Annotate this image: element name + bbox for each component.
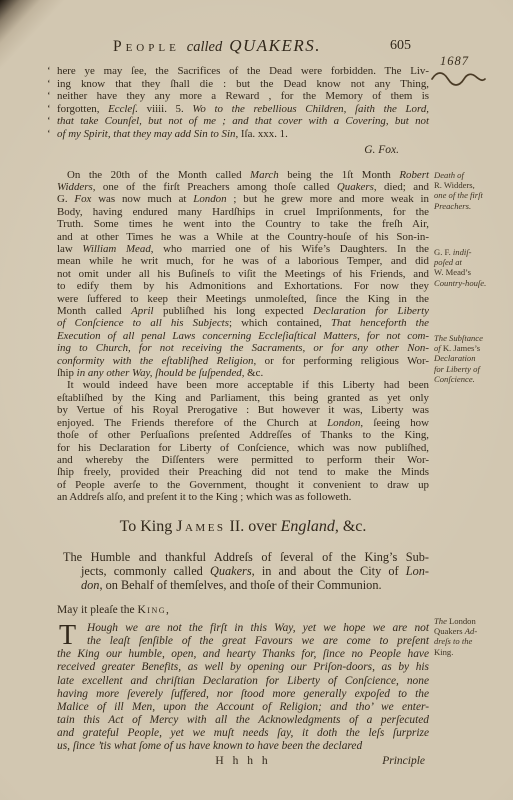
text-segment: London: [327, 417, 360, 429]
text-segment: one of the firſt Preachers among thoſe c…: [95, 181, 336, 193]
text-line: jects, commonly called Quakers, in and a…: [57, 564, 429, 578]
text-segment: The Humble and thankful Addreſs of ſever…: [63, 550, 429, 564]
text-segment: ,: [166, 604, 169, 616]
text-segment: in any other Way, ſhould be ſuſpended,: [77, 367, 245, 379]
text-segment: That henceforth the: [331, 317, 429, 329]
text-segment: On the 20th of the Month called: [67, 169, 250, 181]
text-segment: March: [250, 169, 279, 181]
text-segment: ; which contained,: [229, 317, 331, 329]
text-segment: eſtabliſhed by the King and Parliament, …: [57, 392, 429, 404]
text-segment: It would indeed have been more acceptabl…: [67, 379, 429, 391]
text-segment: Hough we are not the firſt in this Way, …: [87, 622, 429, 634]
text-segment: of my Spirit, that they may add Sin to S…: [57, 128, 241, 140]
text-segment: that take Counſel, but not of me ; and t…: [57, 115, 429, 127]
text-segment: ſhip: [57, 367, 77, 379]
text-segment: Body, having endured many Hardſhips in c…: [57, 206, 429, 218]
text-segment: Month called: [57, 305, 131, 317]
text-segment: law: [57, 243, 82, 255]
year-text: 1687: [440, 54, 469, 68]
text-segment: Iſa. xxx. 1.: [241, 128, 288, 140]
text-line: to edify them by his Admonitions and Exh…: [57, 280, 429, 292]
text-line: ‘neither have they any more a Reward , f…: [57, 90, 429, 103]
text-segment: &c.: [244, 367, 263, 379]
opening-quotation: ‘here ye may ſee, the Sacrifices of the …: [57, 65, 429, 141]
text-line: mean while he writ much, for he was of a…: [57, 255, 429, 267]
text-line: conformity with the eſtabliſhed Religion…: [57, 355, 429, 367]
text-segment: us, ſince ’tis what ſome of us have know…: [57, 740, 362, 752]
text-segment: the leaſt ſenſible of the great Favours …: [87, 635, 429, 647]
text-line: late excellent and chriſtian Declaration…: [57, 675, 429, 688]
address-body: T Hough we are not the firſt in this Way…: [57, 622, 429, 753]
text-segment: Country-houſe.: [434, 278, 486, 288]
text-line: of People averſe to the Government, thou…: [57, 479, 429, 491]
text-segment: don: [81, 578, 99, 592]
title-word-quakers: QUAKERS.: [229, 36, 321, 55]
text-line: law William Mead, who married one of his…: [57, 243, 429, 255]
text-line: ſhip freely, provided their Preaching di…: [57, 466, 429, 478]
text-segment: publiſhed his long expected: [154, 305, 314, 317]
text-segment: thoſe of other Perſuaſions preſented Add…: [57, 429, 429, 441]
text-segment: Robert: [399, 169, 429, 181]
text-segment: tain this Act of Mercy with all the Ackn…: [57, 714, 429, 726]
text-line: ‘here ye may ſee, the Sacrifices of the …: [57, 65, 429, 78]
page-footer: H h h h Principle: [57, 755, 429, 767]
text-segment: Widders,: [57, 181, 95, 193]
text-line: having more ſeverely ſuffered, nor ſtood…: [57, 688, 429, 701]
text-segment: and whereby the Diſſenters were permitte…: [57, 454, 429, 466]
text-segment: jects, commonly called: [81, 564, 210, 578]
text-segment: William Mead: [82, 243, 150, 255]
text-line: ‘that take Counſel, but not of me ; and …: [57, 115, 429, 128]
text-segment: of People averſe to the Government, thou…: [57, 479, 429, 491]
text-line: of Conſcience to all his Subjects; which…: [57, 317, 429, 329]
text-line: tain this Act of Mercy with all the Ackn…: [57, 714, 429, 727]
text-segment: King.: [434, 647, 453, 657]
text-segment: King: [137, 604, 166, 616]
text-segment: April: [131, 305, 153, 317]
quote-attribution: G. Fox.: [57, 144, 429, 156]
text-line: the King our humble, open, and hearty Th…: [57, 648, 429, 661]
text-line: the leaſt ſenſible of the great Favours …: [57, 635, 429, 648]
text-line: It would indeed have been more acceptabl…: [57, 379, 429, 391]
title-word-called: called: [187, 39, 222, 55]
text-line: for his Declaration for Liberty of Conſc…: [57, 442, 429, 454]
text-line: Month called April publiſhed his long ex…: [57, 305, 429, 317]
text-segment: , or for performing religious Wor-: [254, 355, 430, 367]
title-word-people: People: [113, 38, 180, 55]
text-segment: ; but he grew more and more weak in: [227, 193, 429, 205]
text-segment: by Vertue of his Royal Prerogative : But…: [57, 404, 429, 416]
page-number: 605: [390, 38, 411, 54]
margin-note: The London Quakers Ad- dreſs to the King…: [434, 616, 508, 657]
text-line: thoſe of other Perſuaſions preſented Add…: [57, 429, 429, 441]
text-line: enjoyed. The Friends therefore of the Ch…: [57, 417, 429, 429]
text-segment: to edify them by his Admonitions and Exh…: [57, 280, 429, 292]
paragraph-liberty-enjoyed: It would indeed have been more acceptabl…: [57, 379, 429, 503]
text-segment: Truth. Some times he went into the Count…: [57, 218, 429, 230]
text-line: The Humble and thankful Addreſs of ſever…: [57, 550, 429, 564]
text-segment: and grateful People, yet we muſt needs ſ…: [57, 727, 429, 739]
catchword: Principle: [382, 755, 425, 767]
text-segment: was now much at: [91, 193, 193, 205]
text-segment: , in and about the City of: [252, 564, 406, 578]
text-segment: Fox: [74, 193, 91, 205]
text-segment: , &c.: [335, 518, 367, 535]
salutation: May it pleaſe the King,: [57, 604, 429, 616]
text-segment: Death of: [434, 170, 464, 180]
text-segment: received greater Benefits, as well by op…: [57, 661, 429, 673]
text-segment: not omit under all his Buſineſs to viſit…: [57, 268, 429, 280]
text-line: an Addreſs alſo, and preſent it to the K…: [57, 491, 429, 503]
text-line: Truth. Some times he went into the Count…: [57, 218, 429, 230]
text-segment: were ſuffered to keep their Meetings unm…: [57, 293, 429, 305]
margin-note: The Subſtance of K. James’s Declaration …: [434, 333, 508, 384]
text-line: Body, having endured many Hardſhips in c…: [57, 206, 429, 218]
text-segment: R. Widders,: [434, 180, 475, 190]
text-line: ſhip in any other Way, ſhould be ſuſpend…: [57, 367, 429, 379]
text-segment: viiii. 5.: [138, 103, 192, 115]
text-segment: one of the firſt Preachers.: [434, 190, 483, 210]
text-line: Execution of all penal Laws concerning E…: [57, 330, 429, 342]
text-segment: , who married one of his Wife’s Daughter…: [151, 243, 429, 255]
text-segment: Execution of all penal Laws concerning E…: [57, 330, 429, 342]
text-line: don, on Behalf of themſelves, and thoſe …: [57, 578, 429, 592]
text-segment: conformity with the eſtabliſhed Religion: [57, 355, 254, 367]
text-segment: Lon-: [406, 564, 429, 578]
text-segment: late excellent and chriſtian Declaration…: [57, 675, 429, 687]
text-segment: and at other Times he was a While at the…: [57, 231, 429, 243]
text-segment: Declaration for Liberty: [313, 305, 429, 317]
paragraph-fox-and-declaration: On the 20th of the Month called March be…: [57, 169, 429, 380]
text-line: and grateful People, yet we muſt needs ſ…: [57, 727, 429, 740]
text-segment: having more ſeverely ſuffered, nor ſtood…: [57, 688, 429, 700]
margin-year: 1687: [440, 54, 469, 69]
text-segment: Wo to the rebellious Children, ſaith the…: [192, 103, 429, 115]
text-line: by Vertue of his Royal Prerogative : But…: [57, 404, 429, 416]
text-line: ‘of my Spirit, that they may add Sin to …: [57, 128, 429, 141]
text-line: Malice of ill Men, upon the Account of R…: [57, 701, 429, 714]
text-segment: II. over: [226, 518, 281, 535]
quote-mark: ‘: [47, 78, 51, 91]
text-line: not omit under all his Buſineſs to viſit…: [57, 268, 429, 280]
margin-note: Death of R. Widders, one of the firſt Pr…: [434, 170, 508, 211]
text-segment: for his Declaration for Liberty of Conſc…: [57, 442, 429, 454]
running-header: People called QUAKERS. 605: [57, 36, 429, 58]
text-segment: James: [176, 518, 225, 535]
text-column: People called QUAKERS. 605 ‘here ye may …: [57, 36, 429, 767]
text-segment: of Conſcience to all his Subjects: [57, 317, 229, 329]
text-segment: ing know that they ſhall die : but the D…: [57, 78, 429, 90]
text-segment: G. F.: [434, 247, 453, 257]
text-line: ‘forgotten, Eccleſ. viiii. 5. Wo to the …: [57, 103, 429, 116]
text-segment: , ſeeing how: [360, 417, 429, 429]
text-line: On the 20th of the Month called March be…: [57, 169, 429, 181]
text-line: ing to Church, for not receiving the Sac…: [57, 342, 429, 354]
text-line: were ſuffered to keep their Meetings unm…: [57, 293, 429, 305]
text-segment: Quakers: [337, 181, 374, 193]
year-flourish: [430, 69, 488, 87]
text-segment: forgotten,: [57, 103, 108, 115]
text-line: G. Fox was now much at London ; but he g…: [57, 193, 429, 205]
text-segment: May it pleaſe the: [57, 604, 137, 616]
text-line: us, ſince ’tis what ſome of us have know…: [57, 740, 429, 753]
text-segment: Malice of ill Men, upon the Account of R…: [57, 701, 429, 713]
page-title: People called QUAKERS.: [31, 36, 403, 56]
text-segment: G.: [57, 193, 74, 205]
text-segment: an Addreſs alſo, and preſent it to the K…: [57, 491, 351, 503]
text-segment: W. Mead’s: [434, 267, 471, 277]
address-intro: The Humble and thankful Addreſs of ſever…: [57, 550, 429, 593]
quote-mark: ‘: [47, 128, 51, 141]
text-segment: Eccleſ.: [108, 103, 138, 115]
text-segment: mean while he writ much, for he was of a…: [57, 255, 429, 267]
text-segment: , died; and: [374, 181, 429, 193]
text-line: Hough we are not the firſt in this Way, …: [57, 622, 429, 635]
quote-mark: ‘: [47, 65, 51, 78]
text-segment: England: [281, 518, 335, 535]
margin-note: G. F. indiſ- poſed at W. Mead’s Country-…: [434, 247, 508, 288]
quote-mark: ‘: [47, 90, 51, 103]
text-segment: enjoyed. The Friends therefore of the Ch…: [57, 417, 327, 429]
address-heading: To King James II. over England, &c.: [57, 518, 429, 538]
text-segment: Quakers: [210, 564, 252, 578]
text-segment: being the 1ſt Month: [279, 169, 400, 181]
text-segment: Declaration for Liberty of Conſcience.: [434, 353, 480, 383]
book-page: 1687 People called QUAKERS. 605 ‘here ye…: [0, 0, 513, 800]
text-line: eſtabliſhed by the King and Parliament, …: [57, 392, 429, 404]
text-line: Widders, one of the firſt Preachers amon…: [57, 181, 429, 193]
text-segment: , on Behalf of themſelves, and thoſe of …: [99, 578, 381, 592]
text-line: and at other Times he was a While at the…: [57, 231, 429, 243]
text-segment: The: [434, 616, 449, 626]
text-segment: ing to Church, for not receiving the Sac…: [57, 342, 429, 354]
text-segment: here ye may ſee, the Sacrifices of the D…: [57, 65, 429, 77]
text-line: and whereby the Diſſenters were permitte…: [57, 454, 429, 466]
text-segment: the King our humble, open, and hearty Th…: [57, 648, 429, 660]
quote-mark: ‘: [47, 103, 51, 116]
signature-mark: H h h h: [215, 755, 270, 767]
text-segment: To King: [120, 518, 177, 535]
text-segment: K. James’s: [443, 343, 480, 353]
text-segment: ſhip freely, provided their Preaching di…: [57, 466, 429, 478]
text-segment: London: [193, 193, 226, 205]
quote-mark: ‘: [47, 115, 51, 128]
text-line: ‘ing know that they ſhall die : but the …: [57, 78, 429, 91]
text-segment: neither have they any more a Reward , fo…: [57, 90, 429, 102]
text-line: received greater Benefits, as well by op…: [57, 661, 429, 674]
